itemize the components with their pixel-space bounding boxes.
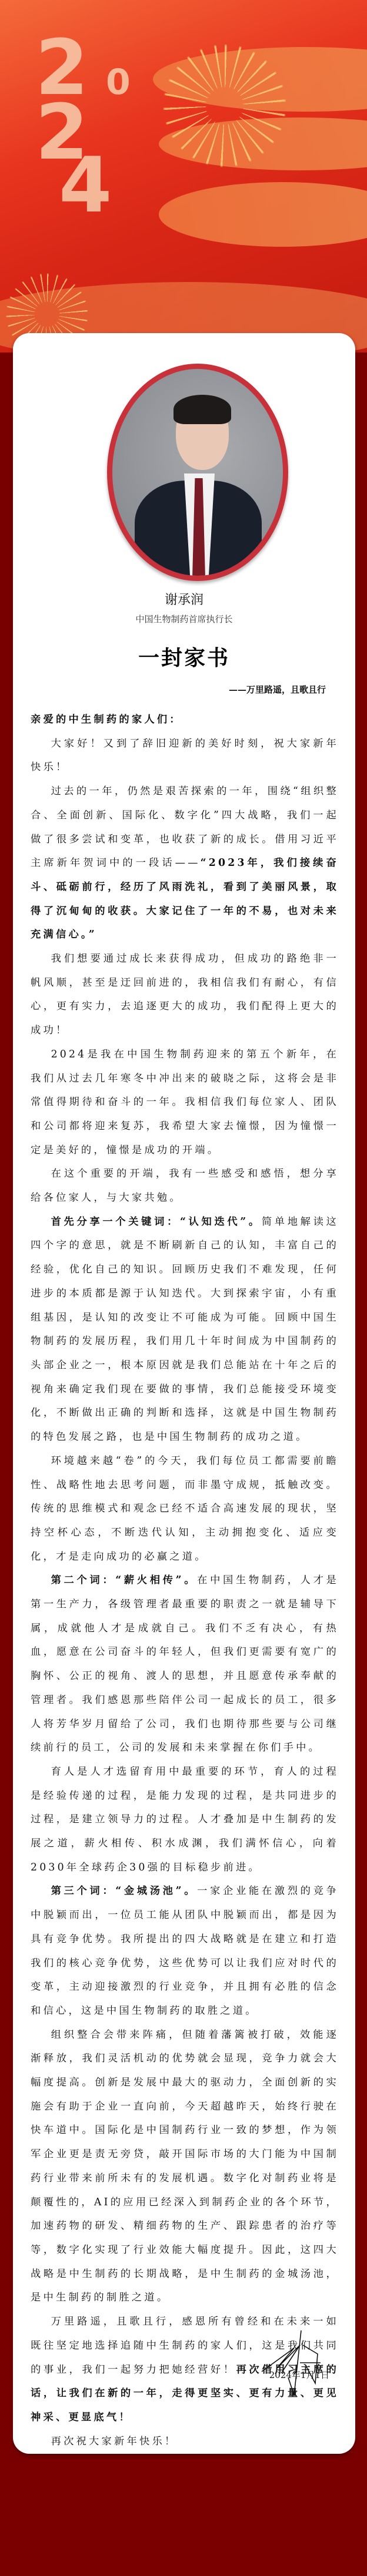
paragraph-text: 简单地解读这四个字的意思，就是不断刷新自己的认知，丰富自己的经验，优化自己的知识… (31, 1216, 339, 1443)
paragraph-text: 在中国生物制药，人才是第一生产力，各级管理者最重要的职责之一就是辅导下属，成就他… (31, 1574, 339, 1754)
paragraph: 第三个词：“金城汤池”。一家企业能在激烈的竞争中脱颖而出，一位员工能从团队中脱颖… (31, 1879, 339, 2023)
quote-emphasis: “2023年，我们接续奋斗、砥砺前行，经历了风雨洗礼，看到了美丽风景，取得了沉甸… (31, 857, 339, 941)
firework-icon (154, 35, 295, 176)
paragraph: 第二个词：“薪火相传”。在中国生物制药，人才是第一生产力，各级管理者最重要的职责… (31, 1569, 339, 1760)
paragraph: 2024是我在中国生物制药迎来的第五个新年，在我们从过去几年寒冬中冲出来的破晓之… (31, 1043, 339, 1163)
greeting: 亲爱的中生制药的家人们： (31, 708, 339, 732)
portrait-hair (174, 395, 231, 424)
author-role: 中国生物制药首席执行长 (13, 613, 355, 625)
decorative-wave (159, 182, 367, 247)
avatar (107, 364, 288, 581)
paragraph: 过去的一年，仍然是艰苦探索的一年，围绕“组织整合、全面创新、国际化、数字化”四大… (31, 780, 339, 947)
paragraph: 在这个重要的开端，我有一些感受和感悟，想分享给各位家人，与大家共勉。 (31, 1162, 339, 1210)
letter-date: 2024年1月1日 (269, 2369, 329, 2381)
page-title: 一封家书 (13, 642, 355, 671)
paragraph-text: 过去的一年，仍然是艰苦探索的一年，围绕“组织整合、全面创新、国际化、数字化”四大… (31, 785, 339, 869)
paragraph: 育人是人才选留育用中最重要的环节，育人的过程是经验传递的过程，是能力发现的过程，… (31, 1760, 339, 1880)
keyword-heading: 首先分享一个关键词：“认知迭代”。 (51, 1216, 262, 1228)
portrait-photo (112, 369, 283, 576)
letter-subtitle: ——万里路遥，且歌且行 (229, 683, 326, 696)
paragraph-text: 一家企业能在激烈的竞争中脱颖而出，一位员工能从团队中脱颖而出，都是因为具有竞争优… (31, 1885, 339, 2017)
year-digit: 4 (59, 147, 135, 223)
keyword-heading: 第三个词：“金城汤池”。 (51, 1885, 198, 1897)
new-year-banner: 2 0 2 4 (0, 0, 367, 352)
paragraph: 环境越来越“卷”的今天，我们每位员工都需要前瞻性、战略性地去思考问题，而非墨守成… (31, 1449, 339, 1569)
paragraph: 再次祝大家新年快乐！ (31, 2430, 339, 2454)
signature-icon (259, 2330, 323, 2398)
paragraph: 组织整合会带来阵痛，但随着藩篱被打破，效能逐渐释放，我们灵活机动的优势就会显现，… (31, 2023, 339, 2310)
author-name: 谢承润 (13, 590, 355, 608)
paragraph: 首先分享一个关键词：“认知迭代”。简单地解读这四个字的意思，就是不断刷新自己的认… (31, 1210, 339, 1449)
paragraph: 我们想要通过成长来获得成功，但成功的路绝非一帆风顺，甚至是迂回前进的，我相信我们… (31, 947, 339, 1043)
paragraph: 大家好！又到了辞旧迎新的美好时刻，祝大家新年快乐！ (31, 732, 339, 780)
letter-body: 亲爱的中生制药的家人们： 大家好！又到了辞旧迎新的美好时刻，祝大家新年快乐！ 过… (31, 708, 339, 2453)
year-2024-graphic: 2 0 2 4 (35, 29, 135, 223)
keyword-heading: 第二个词：“薪火相传”。 (51, 1574, 198, 1586)
letter-card: 谢承润 中国生物制药首席执行长 一封家书 ——万里路遥，且歌且行 亲爱的中生制药… (13, 333, 355, 2454)
